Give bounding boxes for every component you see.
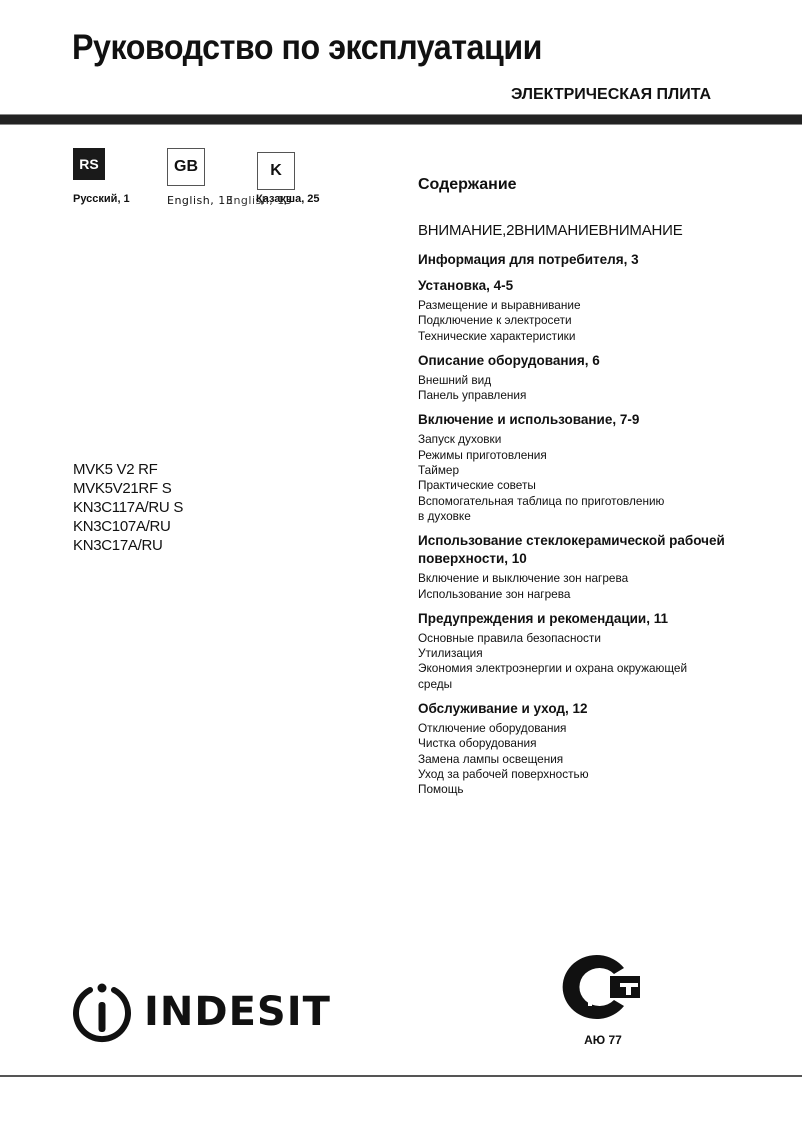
toc-section-title[interactable]: Включение и использование, 7-9	[418, 411, 748, 429]
toc-item[interactable]: Технические характеристики	[418, 329, 748, 344]
lang-badge-gb[interactable]: GB	[167, 148, 205, 186]
model-item: KN3C117A/RU S	[73, 498, 183, 517]
certification-mark: АЮ 77	[560, 950, 646, 1047]
toc-section-title[interactable]: Информация для потребителя, 3	[418, 251, 748, 269]
toc-item[interactable]: Использование зон нагрева	[418, 587, 748, 602]
toc-item[interactable]: Отключение оборудования	[418, 721, 748, 736]
toc-section: Установка, 4-5Размещение и выравниваниеП…	[418, 277, 748, 344]
indesit-i-logo-icon	[70, 980, 134, 1044]
toc-heading: Содержание	[418, 176, 748, 194]
toc-section: Включение и использование, 7-9Запуск дух…	[418, 411, 748, 524]
certification-code: АЮ 77	[560, 1033, 646, 1047]
top-divider	[0, 114, 802, 125]
table-of-contents: Содержание ВНИМАНИЕ,2ВНИМАНИЕВНИМАНИЕ Ин…	[418, 176, 748, 806]
toc-section-title[interactable]: Обслуживание и уход, 12	[418, 700, 748, 718]
lang-badge-rs[interactable]: RS	[73, 148, 105, 180]
toc-warning-line: ВНИМАНИЕ,2ВНИМАНИЕВНИМАНИЕ	[418, 222, 748, 239]
toc-item[interactable]: Подключение к электросети	[418, 313, 748, 328]
lang-badge-kz[interactable]: K	[257, 152, 295, 190]
toc-item[interactable]: Размещение и выравнивание	[418, 298, 748, 313]
toc-item[interactable]: Чистка оборудования	[418, 736, 748, 751]
toc-item[interactable]: Таймер	[418, 463, 748, 478]
toc-item[interactable]: Режимы приготовления	[418, 448, 748, 463]
toc-item[interactable]: Запуск духовки	[418, 432, 748, 447]
toc-item[interactable]: Панель управления	[418, 388, 748, 403]
toc-section: Использование стеклокерамической рабочей…	[418, 532, 748, 602]
gost-r-certification-mark-icon	[560, 950, 646, 1024]
bottom-divider	[0, 1075, 802, 1077]
toc-item[interactable]: Утилизация	[418, 646, 748, 661]
toc-section-title[interactable]: Описание оборудования, 6	[418, 352, 748, 370]
toc-item[interactable]: Включение и выключение зон нагрева	[418, 571, 748, 586]
lang-label-rs[interactable]: Русский, 1	[73, 193, 130, 205]
toc-section-title[interactable]: Установка, 4-5	[418, 277, 748, 295]
toc-item[interactable]: Практические советы	[418, 478, 748, 493]
toc-item[interactable]: Основные правила безопасности	[418, 631, 748, 646]
toc-item[interactable]: Уход за рабочей поверхностью	[418, 767, 748, 782]
toc-item[interactable]: Экономия электроэнергии и охрана окружаю…	[418, 661, 748, 676]
lang-label-gb[interactable]: English, 13	[167, 194, 233, 207]
model-item: KN3C17A/RU	[73, 536, 183, 555]
model-list: MVK5 V2 RF MVK5V21RF S KN3C117A/RU S KN3…	[73, 460, 183, 555]
toc-section: Обслуживание и уход, 12Отключение оборуд…	[418, 700, 748, 797]
toc-section: Информация для потребителя, 3	[418, 251, 748, 269]
toc-item[interactable]: в духовке	[418, 509, 748, 524]
brand-name: INDESIT	[144, 989, 331, 1035]
indesit-logo: INDESIT	[70, 980, 331, 1044]
toc-section-title[interactable]: Предупреждения и рекомендации, 11	[418, 610, 748, 628]
toc-item[interactable]: Внешний вид	[418, 373, 748, 388]
toc-item[interactable]: Помощь	[418, 782, 748, 797]
toc-section: Предупреждения и рекомендации, 11Основны…	[418, 610, 748, 692]
lang-label-kz[interactable]: Қазақша, 25	[256, 193, 320, 205]
toc-section: Описание оборудования, 6Внешний видПанел…	[418, 352, 748, 404]
toc-item[interactable]: Замена лампы освещения	[418, 752, 748, 767]
model-item: MVK5V21RF S	[73, 479, 183, 498]
toc-item[interactable]: среды	[418, 677, 748, 692]
toc-section-title[interactable]: Использование стеклокерамической рабочей…	[418, 532, 748, 568]
page-title: Руководство по эксплуатации	[72, 28, 542, 68]
model-item: KN3C107A/RU	[73, 517, 183, 536]
toc-item[interactable]: Вспомогательная таблица по приготовлению	[418, 494, 748, 509]
model-item: MVK5 V2 RF	[73, 460, 183, 479]
product-type: ЭЛЕКТРИЧЕСКАЯ ПЛИТА	[511, 86, 711, 104]
